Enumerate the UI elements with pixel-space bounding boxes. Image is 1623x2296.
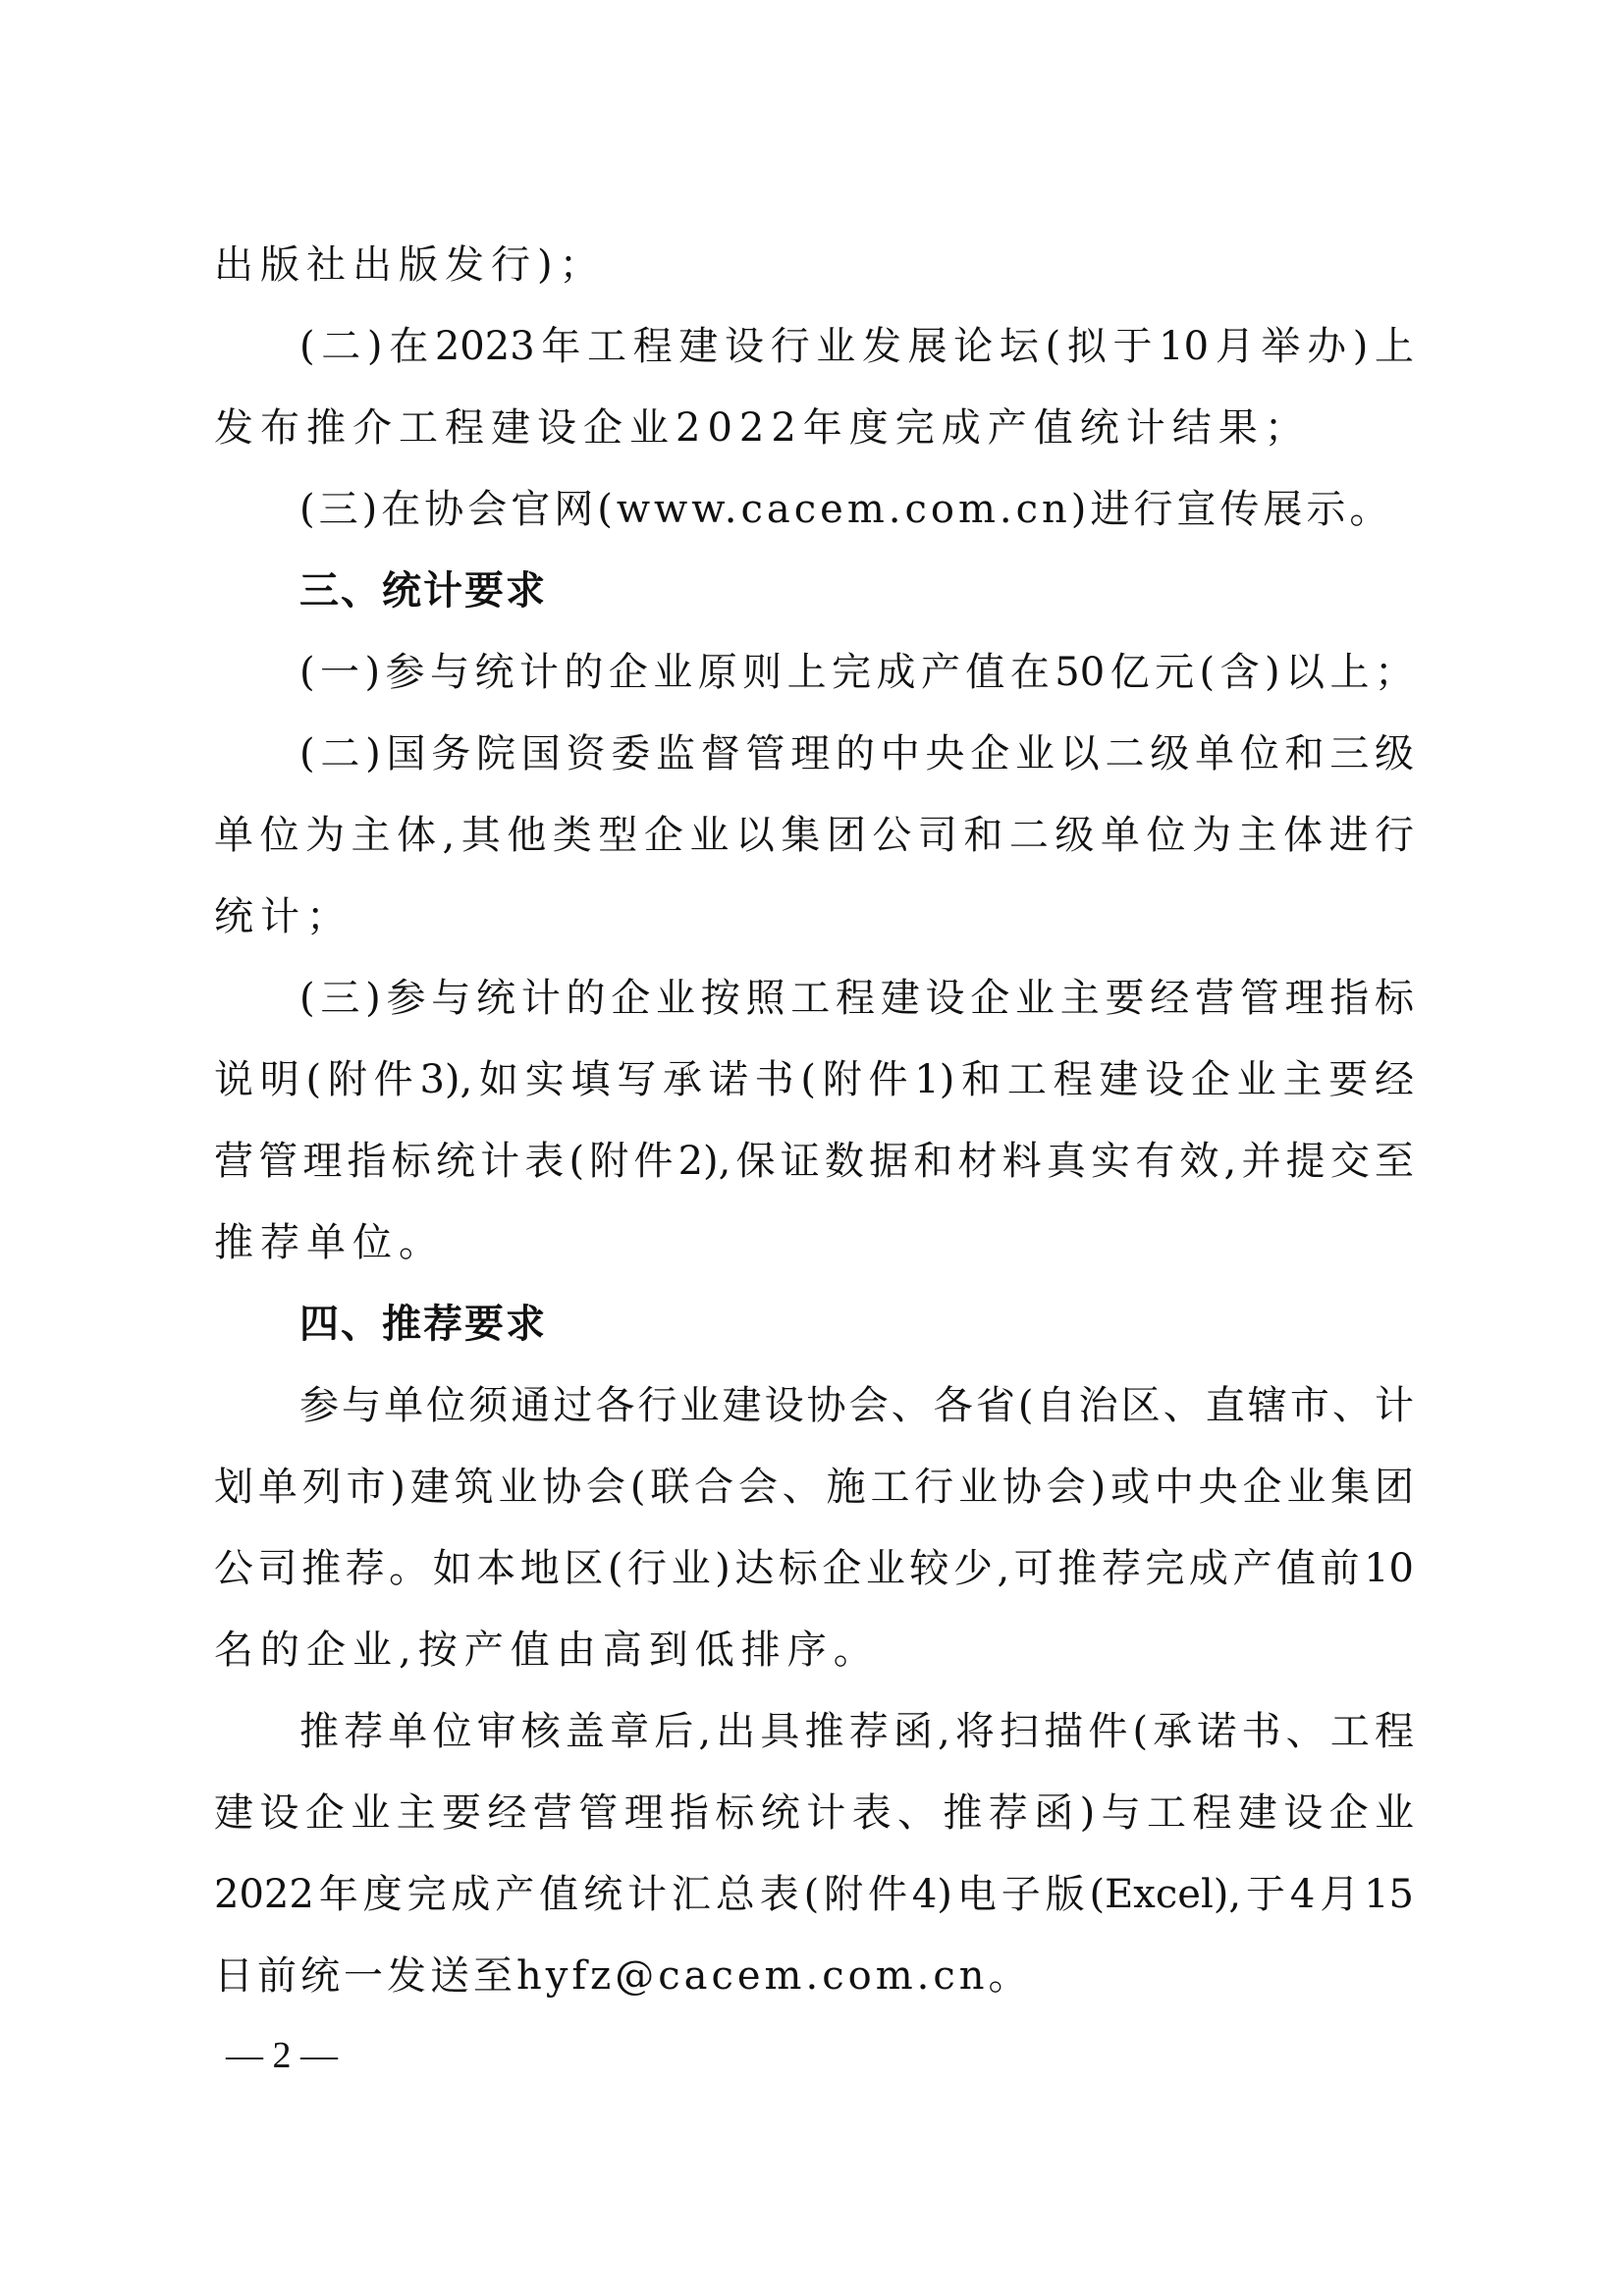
paragraph-line: 参与单位须通过各行业建设协会、各省(自治区、直辖市、计 <box>299 1378 1414 1433</box>
paragraph-line: 营管理指标统计表(附件2),保证数据和材料真实有效,并提交至 <box>214 1134 1414 1189</box>
paragraph-line: 划单列市)建筑业协会(联合会、施工行业协会)或中央企业集团 <box>214 1460 1414 1515</box>
paragraph-line: 2022年度完成产值统计汇总表(附件4)电子版(Excel),于4月15 <box>214 1867 1414 1922</box>
paragraph-line: (三)参与统计的企业按照工程建设企业主要经营管理指标 <box>299 971 1414 1026</box>
document-page: 出版社出版发行)； (二)在2023年工程建设行业发展论坛(拟于10月举办)上 … <box>0 0 1623 2296</box>
paragraph-line: (三)在协会官网(www.cacem.com.cn)进行宣传展示。 <box>299 482 1414 537</box>
paragraph-line: 发布推介工程建设企业2022年度完成产值统计结果； <box>214 400 1414 455</box>
paragraph-line: (一)参与统计的企业原则上完成产值在50亿元(含)以上； <box>299 645 1414 700</box>
paragraph-line: (二)国务院国资委监督管理的中央企业以二级单位和三级 <box>299 726 1414 781</box>
paragraph-line: 推荐单位审核盖章后,出具推荐函,将扫描件(承诺书、工程 <box>299 1704 1414 1759</box>
paragraph-line: 说明(附件3),如实填写承诺书(附件1)和工程建设企业主要经 <box>214 1052 1414 1107</box>
paragraph-line: 公司推荐。如本地区(行业)达标企业较少,可推荐完成产值前10 <box>214 1541 1414 1596</box>
paragraph-line-email: 日前统一发送至hyfz@cacem.com.cn。 <box>214 1949 1414 2003</box>
paragraph-line: (二)在2023年工程建设行业发展论坛(拟于10月举办)上 <box>299 319 1414 374</box>
paragraph-line: 单位为主体,其他类型企业以集团公司和二级单位为主体进行 <box>214 808 1414 863</box>
paragraph-line: 建设企业主要经营管理指标统计表、推荐函)与工程建设企业 <box>214 1786 1414 1841</box>
section-heading-statistics: 三、统计要求 <box>299 563 1414 618</box>
page-number: — 2 — <box>226 2028 338 2083</box>
paragraph-line: 名的企业,按产值由高到低排序。 <box>214 1623 1414 1678</box>
paragraph-line: 统计； <box>214 889 1414 944</box>
paragraph-line: 推荐单位。 <box>214 1215 1414 1270</box>
paragraph-line: 出版社出版发行)； <box>214 238 1414 293</box>
section-heading-recommendation: 四、推荐要求 <box>299 1297 1414 1352</box>
